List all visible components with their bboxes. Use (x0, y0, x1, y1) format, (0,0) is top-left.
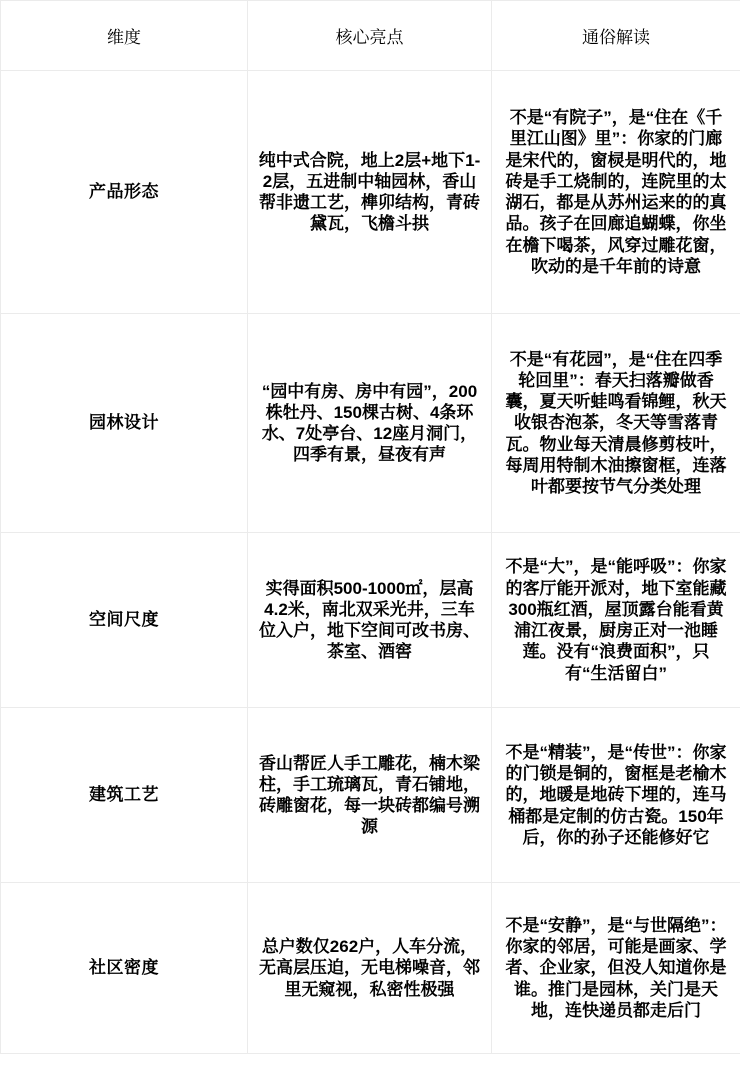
highlight-cell: 实得面积500-1000㎡，层高4.2米，南北双采光井，三车位入户，地下空间可改… (248, 533, 492, 708)
table-row: 产品形态 纯中式合院，地上2层+地下1-2层，五进制中轴园林，香山帮非遗工艺，榫… (1, 71, 740, 314)
highlight-cell: 纯中式合院，地上2层+地下1-2层，五进制中轴园林，香山帮非遗工艺，榫卯结构，青… (248, 71, 492, 314)
interpretation-cell: 不是“安静”，是“与世隔绝”：你家的邻居，可能是画家、学者、企业家，但没人知道你… (492, 883, 740, 1054)
comparison-table: 维度 核心亮点 通俗解读 产品形态 纯中式合院，地上2层+地下1-2层，五进制中… (0, 0, 740, 1054)
interpretation-cell: 不是“有院子”，是“住在《千里江山图》里”：你家的门廊是宋代的，窗棂是明代的，地… (492, 71, 740, 314)
column-header-interpretation: 通俗解读 (492, 1, 740, 71)
column-header-highlight: 核心亮点 (248, 1, 492, 71)
dimension-cell: 空间尺度 (1, 533, 248, 708)
column-header-dimension: 维度 (1, 1, 248, 71)
header-row: 维度 核心亮点 通俗解读 (1, 1, 740, 71)
interpretation-cell: 不是“有花园”，是“住在四季轮回里”：春天扫落瓣做香囊，夏天听蛙鸣看锦鲤，秋天收… (492, 314, 740, 533)
dimension-cell: 园林设计 (1, 314, 248, 533)
highlight-cell: “园中有房、房中有园”，200株牡丹、150棵古树、4条环水、7处亭台、12座月… (248, 314, 492, 533)
table-row: 社区密度 总户数仅262户，人车分流，无高层压迫，无电梯噪音，邻里无窥视，私密性… (1, 883, 740, 1054)
highlight-cell: 香山帮匠人手工雕花，楠木梁柱，手工琉璃瓦，青石铺地，砖雕窗花，每一块砖都编号溯源 (248, 708, 492, 883)
dimension-cell: 建筑工艺 (1, 708, 248, 883)
interpretation-cell: 不是“大”，是“能呼吸”：你家的客厅能开派对，地下室能藏300瓶红酒，屋顶露台能… (492, 533, 740, 708)
dimension-cell: 社区密度 (1, 883, 248, 1054)
table-row: 建筑工艺 香山帮匠人手工雕花，楠木梁柱，手工琉璃瓦，青石铺地，砖雕窗花，每一块砖… (1, 708, 740, 883)
highlight-cell: 总户数仅262户，人车分流，无高层压迫，无电梯噪音，邻里无窥视，私密性极强 (248, 883, 492, 1054)
table-row: 园林设计 “园中有房、房中有园”，200株牡丹、150棵古树、4条环水、7处亭台… (1, 314, 740, 533)
interpretation-cell: 不是“精装”，是“传世”：你家的门锁是铜的，窗框是老榆木的，地暖是地砖下埋的，连… (492, 708, 740, 883)
table-row: 空间尺度 实得面积500-1000㎡，层高4.2米，南北双采光井，三车位入户，地… (1, 533, 740, 708)
dimension-cell: 产品形态 (1, 71, 248, 314)
